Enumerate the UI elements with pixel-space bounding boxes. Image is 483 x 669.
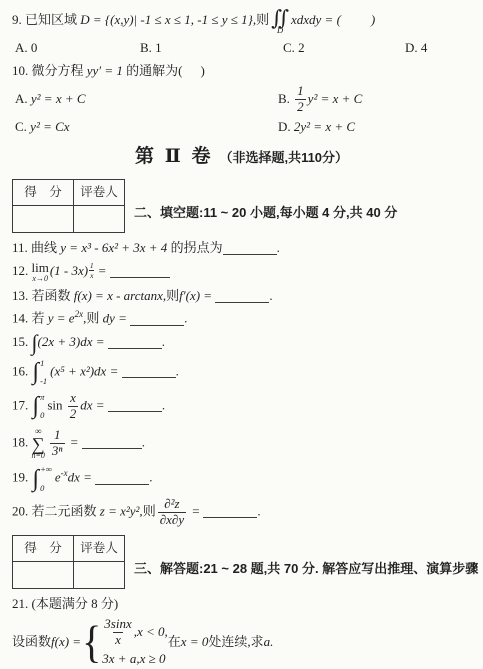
q18-equals: = (67, 434, 82, 449)
q19-period: . (149, 470, 152, 485)
q9-region-formula: D = {(x,y)| -1 ≤ x ≤ 1, -1 ≤ y ≤ 1}, (80, 12, 256, 27)
q21-continuous-cn: 处连续,求 (208, 634, 263, 650)
sum-lower: n=0 (32, 452, 45, 460)
q10-options-row-1: A. y² = x + C B. 12y² = x + C (15, 84, 471, 115)
q10-option-b-letter: B. (278, 91, 290, 107)
q21-find-a: a. (264, 634, 274, 650)
lower-limit: 0 (40, 411, 44, 420)
integral-limits: 1-1 (40, 359, 47, 386)
score-label: 得 分 (13, 179, 74, 205)
question-16: 16. ∫1-1(x⁵ + x²)dx = . (12, 359, 471, 386)
q9-option-c: C. 2 (283, 40, 405, 56)
q18-period: . (142, 434, 145, 449)
question-15: 15. ∫(2x + 3)dx = . (12, 332, 471, 354)
solve-section-block: 得 分评卷人 三、解答题:21 ~ 28 题,共 70 分. 解答应写出推理、演… (12, 535, 471, 589)
fraction-numerator: 3sinx (104, 617, 131, 632)
q17-sin: sin (47, 397, 65, 412)
answer-blank (130, 315, 184, 326)
q10-option-d: D. 2y² = x + C (278, 119, 471, 135)
q17-period: . (162, 397, 165, 412)
question-20: 20. 若二元函数 z = x²y²,则∂²z∂x∂y = . (12, 497, 471, 528)
question-10: 10. 微分方程 yy′ = 1 的通解为() (12, 63, 471, 79)
fraction-denominator: 2 (295, 99, 306, 115)
q11-curve-formula: y = x³ - 6x² + 3x + 4 (60, 240, 167, 255)
question-11: 11. 曲线 y = x³ - 6x² + 3x + 4 的拐点为. (12, 240, 471, 256)
answer-blank (95, 474, 149, 485)
q10-option-b-fraction: 12 (295, 84, 306, 115)
score-table-1: 得 分评卷人 (12, 179, 125, 233)
q16-integrand: (x⁵ + x²)dx = (50, 363, 121, 378)
q9-options: A. 0 B. 1 C. 2 D. 4 (15, 40, 471, 56)
q10-stem-cn: 10. 微分方程 (12, 63, 87, 78)
piecewise-cases: 3sinxx,x < 0,3x + a,x ≥ 0 (102, 617, 168, 667)
grader-label: 评卷人 (74, 535, 125, 561)
q9-option-d: D. 4 (405, 40, 471, 56)
q10-options-row-2: C. y² = Cx D. 2y² = x + C (15, 119, 471, 135)
upper-limit: +∞ (40, 465, 52, 474)
q17-fraction: x2 (68, 391, 79, 422)
answer-blank (108, 401, 162, 412)
q9-stem-cn: 9. 已知区域 (12, 12, 80, 27)
upper-limit: 1 (40, 359, 47, 368)
answer-blank (215, 292, 269, 303)
double-integral: ∬D (271, 8, 289, 35)
cases-brace-icon: { (82, 622, 101, 663)
definite-integral: ∫π0 (33, 393, 47, 420)
limit-subscript: x→0 (32, 275, 48, 283)
limit-text: lim (32, 261, 49, 274)
q10-close-paren: ) (201, 63, 205, 78)
case-1-condition: ,x < 0, (134, 624, 168, 640)
q14-period: . (184, 311, 187, 326)
grader-label: 评卷人 (74, 179, 125, 205)
q20-then: 则 (143, 503, 156, 518)
q11-ask: 的拐点为 (167, 240, 222, 255)
score-cell-empty (13, 205, 74, 232)
fraction-denominator: ∂x∂y (158, 512, 186, 528)
integral-icon: ∫ (33, 467, 40, 491)
q13-derivative: f′(x) = (179, 288, 215, 303)
q17-number: 17. (12, 397, 32, 412)
definite-integral: ∫1-1 (33, 359, 50, 386)
q21-function-lhs: f(x) = (51, 634, 81, 650)
q14-stem-cn: 14. 若 (12, 311, 48, 326)
q13-period: . (269, 288, 272, 303)
question-21-body: 设函数 f(x) = {3sinxx,x < 0,3x + a,x ≥ 0在 x… (12, 617, 471, 667)
q19-number: 19. (12, 470, 32, 485)
q9-integrand: xdxdy = ( (291, 12, 341, 27)
q19-exponent: -x (61, 468, 68, 478)
q17-dx: dx = (80, 397, 108, 412)
double-integral-domain: D (277, 26, 283, 35)
q18-number: 18. (12, 434, 32, 449)
q10-option-a-formula: y² = x + C (31, 91, 86, 107)
question-9: 9. 已知区域 D = {(x,y)| -1 ≤ x ≤ 1, -1 ≤ y ≤… (12, 8, 471, 35)
fraction-denominator: 2 (68, 406, 79, 422)
score-cell-empty (13, 561, 74, 588)
fraction-numerator: 1 (297, 84, 304, 99)
q10-option-b: B. 12y² = x + C (278, 84, 471, 115)
q9-then: 则 (256, 12, 269, 27)
case-2: 3x + a,x ≥ 0 (102, 651, 168, 667)
solve-section-title: 三、解答题:21 ~ 28 题,共 70 分. 解答应写出推理、演算步骤 (134, 561, 478, 577)
score-label: 得 分 (13, 535, 74, 561)
case-1-fraction: 3sinxx (104, 617, 131, 648)
answer-blank (223, 244, 277, 255)
case-1: 3sinxx,x < 0, (102, 617, 168, 648)
integral-limits: π0 (40, 393, 44, 420)
fraction-numerator: ∂²z (164, 497, 179, 512)
answer-blank (110, 267, 170, 278)
q12-expression: (1 - 3x) (50, 263, 88, 278)
q20-partial-fraction: ∂²z∂x∂y (158, 497, 186, 528)
answer-blank (122, 367, 176, 378)
q20-equals: = (188, 503, 203, 518)
q10-option-c-formula: y² = Cx (30, 119, 69, 135)
fraction-numerator: x (70, 391, 76, 406)
q10-option-c: C. y² = Cx (15, 119, 278, 135)
question-21-heading: 21. (本题满分 8 分) (12, 596, 471, 612)
q11-period: . (277, 240, 280, 255)
q10-option-a-letter: A. (15, 91, 28, 107)
q13-stem-cn: 13. 若函数 (12, 288, 74, 303)
integral-icon: ∫ (33, 394, 40, 418)
q10-equation: yy′ = 1 (87, 63, 123, 78)
q14-exponent: 2x (75, 309, 84, 319)
case-2-expression: 3x + a,x ≥ 0 (102, 651, 165, 667)
q14-then: ,则 (83, 311, 99, 326)
sigma-icon: ∑ (32, 436, 45, 452)
q15-integrand: (2x + 3)dx = (38, 334, 108, 349)
question-19: 19. ∫+∞0e-xdx = . (12, 465, 471, 492)
q14-function: y = e (48, 311, 75, 326)
q21-stem-cn: 设函数 (12, 634, 51, 650)
part-2-header: 第 Ⅱ 卷（非选择题,共110分） (12, 145, 471, 169)
q9-close-paren: ) (371, 12, 375, 27)
q12-equals: = (94, 263, 109, 278)
integral-limits: +∞0 (40, 465, 52, 492)
q9-option-a: A. 0 (15, 40, 140, 56)
question-12: 12. limx→0(1 - 3x)1x = (12, 261, 471, 283)
q13-then: 则 (166, 288, 179, 303)
q20-function: z = x²y², (100, 503, 143, 518)
q12-number: 12. (12, 263, 32, 278)
lower-limit: -1 (40, 377, 47, 386)
q14-differential: dy = (99, 311, 130, 326)
q10-option-d-letter: D. (278, 119, 291, 135)
q21-point: x = 0 (181, 634, 209, 650)
grader-cell-empty (74, 561, 125, 588)
q10-option-b-formula: y² = x + C (308, 91, 363, 107)
definite-integral: ∫+∞0 (33, 465, 54, 492)
integral-icon: ∫ (33, 360, 40, 384)
answer-blank (203, 507, 257, 518)
q10-option-c-letter: C. (15, 119, 27, 135)
question-13: 13. 若函数 f(x) = x - arctanx,则f′(x) = . (12, 288, 471, 304)
q15-period: . (162, 334, 165, 349)
q20-period: . (257, 503, 260, 518)
q10-option-a: A. y² = x + C (15, 91, 278, 107)
q13-function: f(x) = x - arctanx, (74, 288, 166, 303)
part-2-title: 第 Ⅱ 卷 (135, 146, 214, 167)
limit-operator: limx→0 (32, 261, 49, 283)
answer-blank (82, 438, 142, 449)
q9-option-b: B. 1 (140, 40, 283, 56)
upper-limit: π (40, 393, 44, 402)
fraction-numerator: 1 (54, 428, 61, 443)
q21-heading-text: 21. (本题满分 8 分) (12, 596, 118, 611)
lower-limit: 0 (40, 484, 52, 493)
q18-fraction: 13ⁿ (50, 428, 65, 459)
fraction-denominator: 3ⁿ (50, 443, 65, 459)
part-2-subtitle: （非选择题,共110分） (219, 150, 348, 165)
fill-in-section-block: 得 分评卷人 二、填空题:11 ~ 20 小题,每小题 4 分,共 40 分 (12, 179, 471, 233)
fraction-denominator: x (113, 632, 123, 648)
score-table-2: 得 分评卷人 (12, 535, 125, 589)
fill-in-section-title: 二、填空题:11 ~ 20 小题,每小题 4 分,共 40 分 (134, 205, 397, 221)
q15-number: 15. (12, 334, 32, 349)
answer-blank (108, 338, 162, 349)
q16-number: 16. (12, 363, 32, 378)
exam-page: 9. 已知区域 D = {(x,y)| -1 ≤ x ≤ 1, -1 ≤ y ≤… (0, 0, 483, 667)
q21-at-cn: 在 (168, 634, 181, 650)
question-14: 14. 若 y = e2x,则 dy = . (12, 309, 471, 327)
question-17: 17. ∫π0sin x2dx = . (12, 391, 471, 422)
grader-cell-empty (74, 205, 125, 232)
q19-dx: dx = (68, 470, 96, 485)
summation-operator: ∞∑n=0 (32, 427, 45, 460)
q10-option-d-formula: 2y² = x + C (294, 119, 355, 135)
question-18: 18. ∞∑n=013ⁿ = . (12, 427, 471, 460)
q20-stem-cn: 20. 若二元函数 (12, 503, 100, 518)
q16-period: . (176, 363, 179, 378)
q10-ask: 的通解为( (123, 63, 183, 78)
q11-stem-cn: 11. 曲线 (12, 240, 60, 255)
